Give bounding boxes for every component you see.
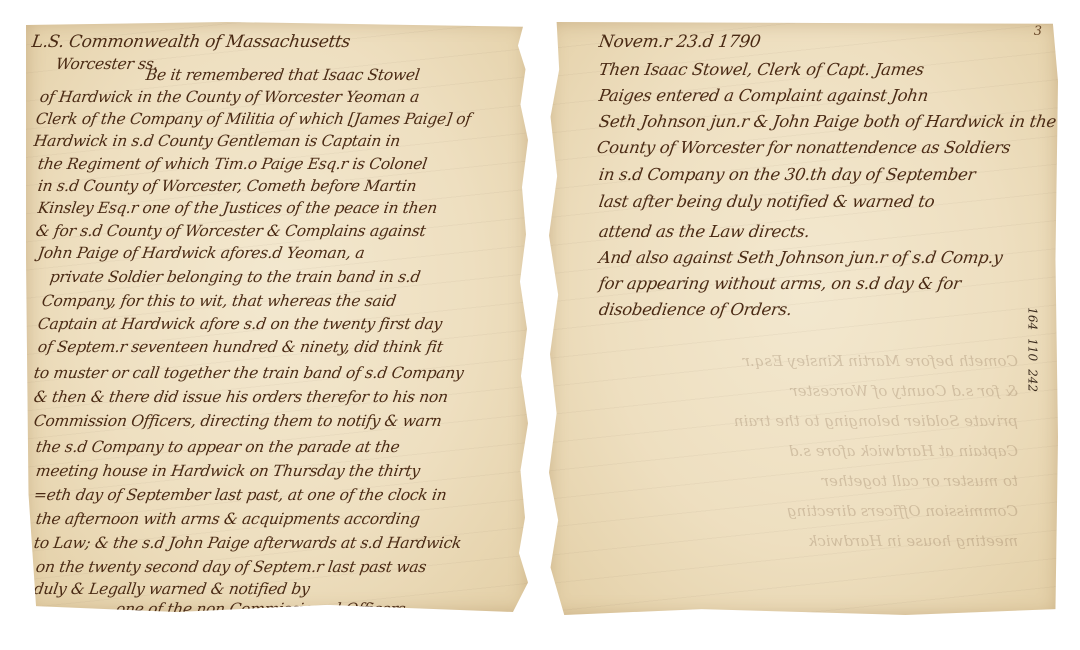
text-line: Be it remembered that Isaac Stowel [145, 66, 421, 84]
archival-number: 110 [1026, 338, 1040, 361]
archival-number: 164 [1026, 307, 1040, 330]
text-segment: Clerk of the Company of Militia of which… [35, 110, 472, 128]
date-line: Novem.r 23.d 1790 [598, 32, 762, 52]
text-line: Commission Officers, directing them to n… [33, 412, 443, 430]
text-line: =eth day of September last past, at one … [33, 486, 448, 504]
text-line: attend as the Law directs. [598, 222, 811, 241]
text-line: the afternoon with arms & acquipments ac… [35, 510, 421, 528]
text-line: John Paige of Hardwick afores.d Yeoman, … [37, 244, 366, 262]
text-line: for appearing without arms, on s.d day &… [598, 274, 962, 293]
text-line: Kinsley Esq.r one of the Justices of the… [37, 199, 439, 217]
text-line: on the twenty second day of Septem.r las… [35, 558, 428, 576]
text-line: disobedience of Orders. [598, 300, 793, 319]
heading-commonwealth: L.S. Commonwealth of Massachusetts [31, 32, 352, 52]
right-manuscript-page: Cometh before Martin Kinsley Esq.r & for… [549, 22, 1058, 615]
text-line: & then & there did issue his orders ther… [33, 388, 449, 406]
text-line: Clerk of the Company of Militia of which… [35, 110, 472, 128]
signature-line: one of the non Commissioned Officers [115, 600, 407, 618]
text-line: to muster or call together the train ban… [33, 364, 465, 382]
text-line: Captain at Hardwick afore s.d on the twe… [37, 315, 444, 333]
text-line: private Soldier belonging to the train b… [49, 268, 422, 286]
left-manuscript-page: L.S. Commonwealth of Massachusetts Worce… [26, 22, 528, 612]
text-line: the Regiment of which Tim.o Paige Esq.r … [37, 155, 428, 173]
text-line: And also against Seth Johnson jun.r of s… [598, 248, 1004, 267]
text-line: meeting house in Hardwick on Thursday th… [35, 462, 421, 480]
text-line: duly & Legally warned & notified by [33, 580, 311, 598]
text-line: Paiges entered a Complaint against John [598, 86, 930, 105]
text-line: the s.d Company to appear on the parade … [35, 438, 401, 456]
text-line: Company, for this to wit, that whereas t… [41, 292, 397, 310]
archival-notation: 164 110 242 [1026, 307, 1040, 392]
venue-line: Worcester ss. [55, 55, 160, 73]
text-line: last after being duly notified & warned … [598, 192, 936, 211]
text-line: to Law; & the s.d John Paige afterwards … [33, 534, 463, 552]
text-line: County of Worcester for nonattendence as… [596, 138, 1012, 157]
text-line: in s.d Company on the 30.th day of Septe… [598, 165, 977, 184]
text-line: in s.d County of Worcester, Cometh befor… [37, 177, 418, 195]
archival-number: 242 [1026, 369, 1040, 392]
text-line: Then Isaac Stowel, Clerk of Capt. James [598, 60, 925, 79]
text-line: of Hardwick in the County of Worcester Y… [39, 88, 421, 106]
text-line: Hardwick in s.d County Gentleman is Capt… [33, 132, 402, 150]
text-line: of Septem.r seventeen hundred & ninety, … [37, 338, 444, 356]
text-line: & for s.d County of Worcester & Complain… [35, 222, 427, 240]
text-line: Seth Johnson jun.r & John Paige both of … [598, 112, 1058, 131]
page-number: 3 [1034, 24, 1042, 39]
